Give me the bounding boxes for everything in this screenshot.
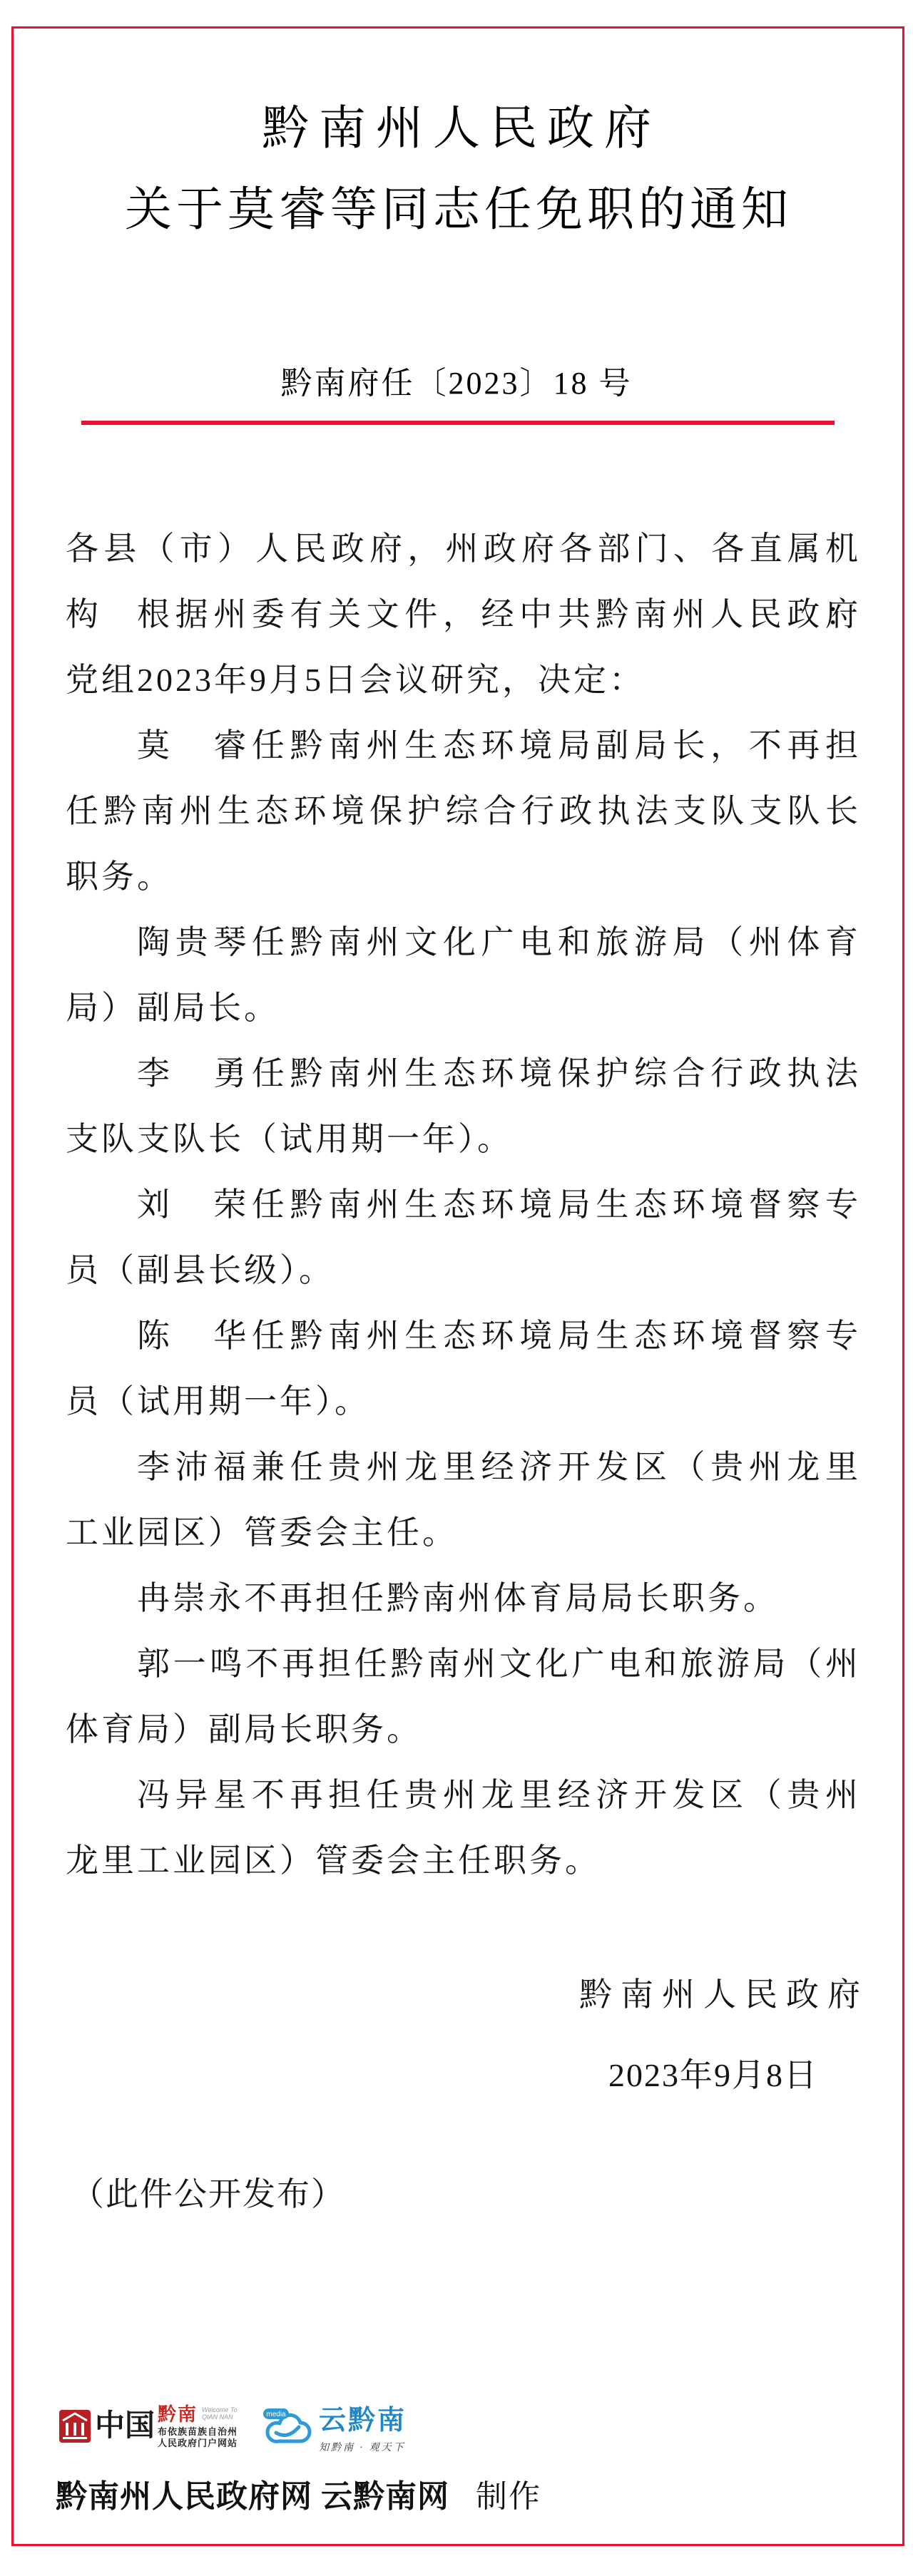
- body-paragraph: 各县（市）人民政府，州政府各部门、各直属机构：: [66, 516, 861, 582]
- body-line: 郭一鸣不再担任黔南州文化广电和旅游局（州: [66, 1631, 861, 1697]
- body-paragraph: 陈 华任黔南州生态环境局生态环境督察专员（试用期一年）。: [66, 1303, 861, 1435]
- body-line: 员（试用期一年）。: [66, 1369, 861, 1435]
- body-line: 职务。: [66, 844, 861, 910]
- portal-logo-region-text: 黔南: [158, 2406, 198, 2424]
- body-line: 各县（市）人民政府，州政府各部门、各直属机构：: [66, 516, 861, 582]
- body-paragraph: 冯异星不再担任贵州龙里经济开发区（贵州龙里工业园区）管委会主任职务。: [66, 1762, 861, 1894]
- document-number: 黔南府任〔2023〕18 号: [0, 366, 913, 401]
- red-separator-line: [81, 421, 835, 425]
- document-title-line1: 黔南州人民政府: [0, 104, 913, 151]
- body-line: 龙里工业园区）管委会主任职务。: [66, 1828, 861, 1894]
- body-line: 陈 华任黔南州生态环境局生态环境督察专: [66, 1303, 861, 1369]
- body-paragraph: 李沛福兼任贵州龙里经济开发区（贵州龙里工业园区）管委会主任。: [66, 1435, 861, 1566]
- production-sites: 黔南州人民政府网 云黔南网: [56, 2479, 449, 2514]
- body-paragraph: 刘 荣任黔南州生态环境局生态环境督察专员（副县长级）。: [66, 1172, 861, 1303]
- portal-seal-icon: [59, 2410, 91, 2443]
- portal-logo-cn-text: 中国: [95, 2411, 155, 2441]
- svg-text:media: media: [266, 2411, 286, 2418]
- body-paragraph: 根据州委有关文件，经中共黔南州人民政府党组2023年9月5日会议研究，决定：: [66, 582, 861, 713]
- body-line: 刘 荣任黔南州生态环境局生态环境督察专: [66, 1172, 861, 1238]
- body-paragraph: 李 勇任黔南州生态环境保护综合行政执法支队支队长（试用期一年）。: [66, 1041, 861, 1172]
- body-line: 体育局）副局长职务。: [66, 1697, 861, 1762]
- issue-date: 2023年9月8日: [571, 2043, 856, 2108]
- body-paragraph: 冉崇永不再担任黔南州体育局局长职务。: [66, 1566, 861, 1631]
- signature-block: 黔南州人民政府 2023年9月8日: [571, 1962, 856, 2108]
- body-paragraph: 陶贵琴任黔南州文化广电和旅游局（州体育局）副局长。: [66, 910, 861, 1041]
- body-line: 党组2023年9月5日会议研究，决定：: [66, 647, 861, 713]
- body-line: 任黔南州生态环境保护综合行政执法支队支队长: [66, 779, 861, 844]
- portal-logo-subtitle: 布依族苗族自治州 人民政府门户网站: [158, 2426, 238, 2450]
- cloud-logo-slogan: 知黔南 · 观天下: [319, 2440, 407, 2454]
- portal-logo-text-block: 黔南 Welcome To QIAN NAN 布依族苗族自治州 人民政府门户网站: [158, 2406, 238, 2450]
- cloud-media-icon: media: [262, 2404, 313, 2448]
- body-line: 李 勇任黔南州生态环境保护综合行政执法: [66, 1041, 861, 1107]
- body-line: 支队支队长（试用期一年）。: [66, 1107, 861, 1172]
- body-line: 根据州委有关文件，经中共黔南州人民政府: [66, 582, 861, 647]
- body-paragraph: 郭一鸣不再担任黔南州文化广电和旅游局（州体育局）副局长职务。: [66, 1631, 861, 1762]
- body-line: 李沛福兼任贵州龙里经济开发区（贵州龙里: [66, 1435, 861, 1500]
- body-line: 莫 睿任黔南州生态环境局副局长，不再担: [66, 713, 861, 779]
- body-paragraph: 莫 睿任黔南州生态环境局副局长，不再担任黔南州生态环境保护综合行政执法支队支队长…: [66, 713, 861, 910]
- cloud-qiannan-logo: media 云黔南 知黔南 · 观天下: [262, 2404, 407, 2454]
- body-line: 陶贵琴任黔南州文化广电和旅游局（州体育: [66, 910, 861, 975]
- document-title-line2: 关于莫睿等同志任免职的通知: [0, 185, 913, 232]
- public-release-note: （此件公开发布）: [71, 2162, 345, 2227]
- body-line: 工业园区）管委会主任。: [66, 1500, 861, 1566]
- portal-logo-welcome-text: Welcome To QIAN NAN: [202, 2406, 238, 2421]
- document-body: 各县（市）人民政府，州政府各部门、各直属机构：根据州委有关文件，经中共黔南州人民…: [66, 516, 861, 1894]
- issuing-authority: 黔南州人民政府: [571, 1962, 856, 2028]
- footer-logos: 中国 黔南 Welcome To QIAN NAN 布依族苗族自治州 人民政府门…: [59, 2404, 407, 2454]
- body-line: 冯异星不再担任贵州龙里经济开发区（贵州: [66, 1762, 861, 1828]
- qiannan-portal-logo: 中国 黔南 Welcome To QIAN NAN 布依族苗族自治州 人民政府门…: [59, 2404, 238, 2450]
- body-line: 员（副县长级）。: [66, 1238, 861, 1303]
- document-page: 黔南州人民政府 关于莫睿等同志任免职的通知 黔南府任〔2023〕18 号 各县（…: [0, 0, 913, 2576]
- production-suffix: 制作: [476, 2479, 541, 2514]
- production-credit: 黔南州人民政府网 云黔南网 制作: [56, 2478, 541, 2515]
- body-line: 冉崇永不再担任黔南州体育局局长职务。: [66, 1566, 861, 1631]
- body-line: 局）副局长。: [66, 975, 861, 1041]
- cloud-logo-name: 云黔南: [319, 2407, 407, 2434]
